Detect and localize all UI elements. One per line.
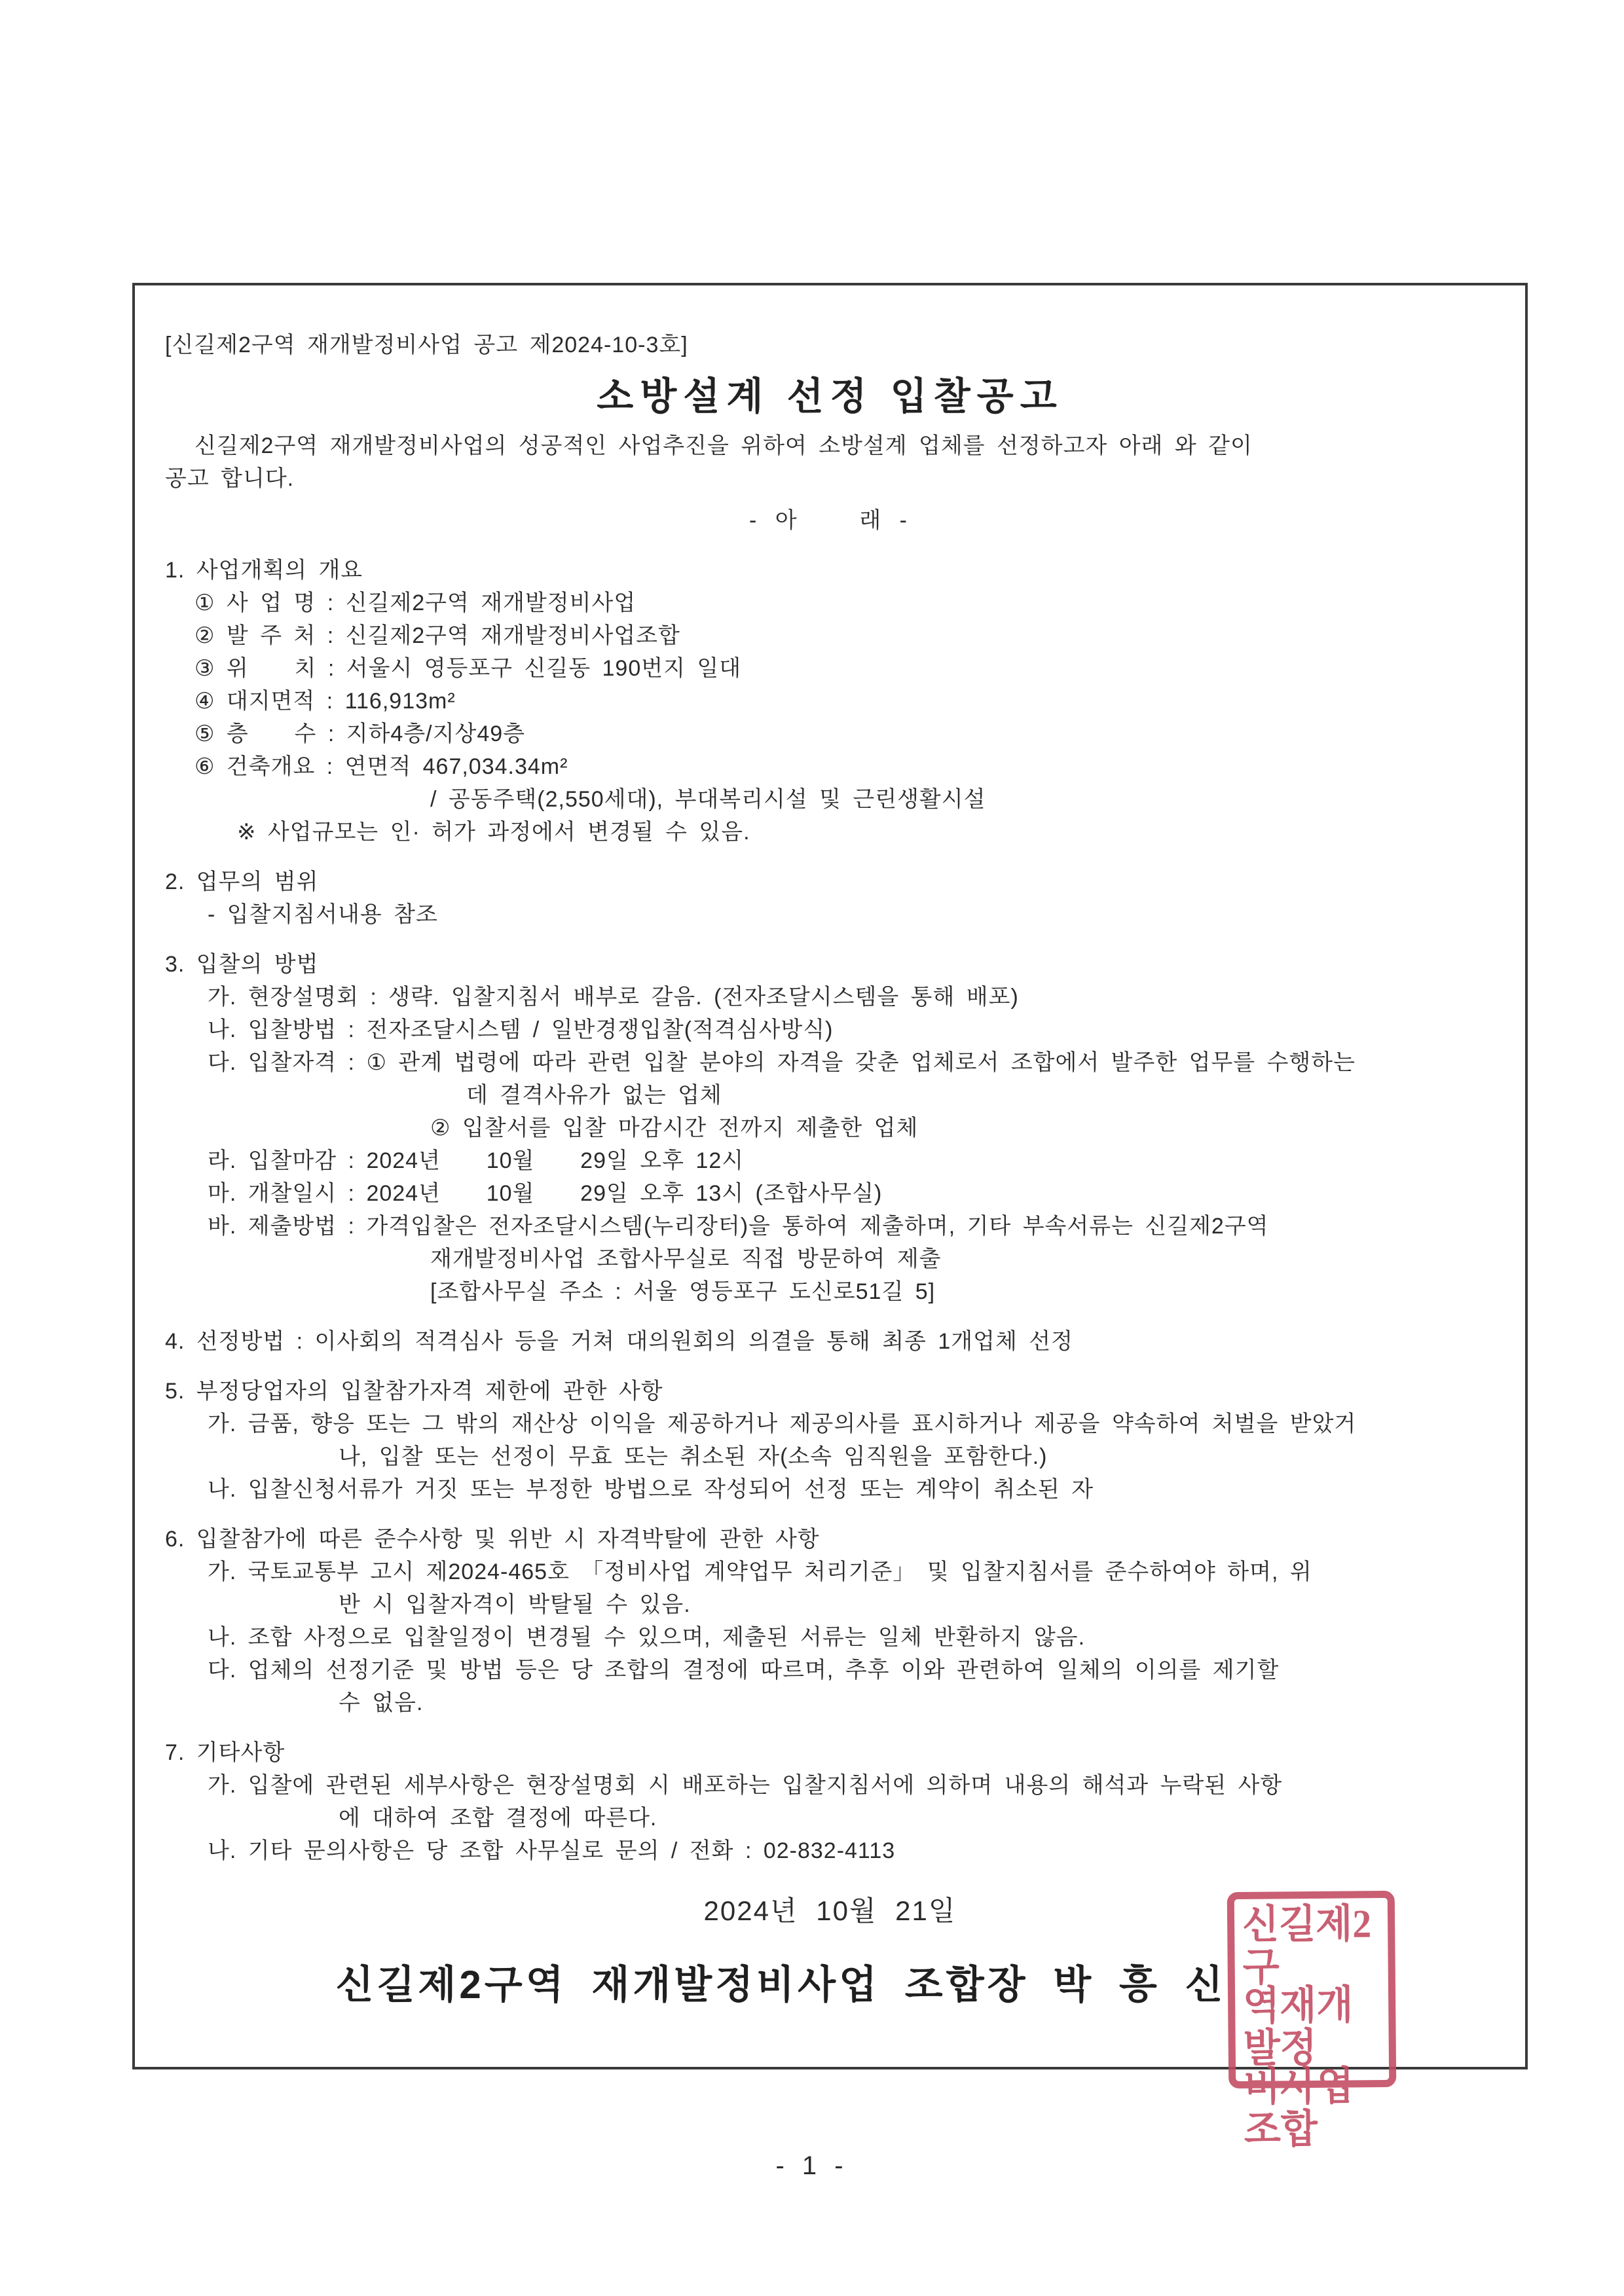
section-2-heading: 2. 업무의 범위 <box>165 866 1495 898</box>
disqualification-item-na: 나. 입찰신청서류가 거짓 또는 부정한 방법으로 작성되어 선정 또는 계약이… <box>165 1473 1495 1506</box>
bid-opening-line: 마. 개찰일시 : 2024년 10월 29일 오후 13시 (조합사무실) <box>165 1177 1495 1210</box>
site-briefing-line: 가. 현장설명회 : 생략. 입찰지침서 배부로 갈음. (전자조달시스템을 통… <box>165 981 1495 1013</box>
section-1-project-overview: 1. 사업개획의 개요 ① 사 업 명 : 신길제2구역 재개발정비사업 ② 발… <box>165 554 1495 848</box>
bid-method-line: 나. 입찰방법 : 전자조달시스템 / 일반경쟁입찰(적격심사방식) <box>165 1013 1495 1046</box>
bid-qualification-continuation: 데 결격사유가 없는 업체 <box>165 1079 1495 1112</box>
office-address-line: [조합사무실 주소 : 서울 영등포구 도신로51길 5] <box>165 1275 1495 1308</box>
building-overview-continuation: / 공동주택(2,550세대), 부대복리시설 및 근린생활시설 <box>165 783 1495 816</box>
scope-reference-line: - 입찰지침서내용 참조 <box>165 898 1495 931</box>
misc-item-ga-continuation: 에 대하여 조합 결정에 따른다. <box>165 1802 1495 1834</box>
section-5-heading: 5. 부정당업자의 입찰참가자격 제한에 관한 사항 <box>165 1375 1495 1408</box>
section-2-scope-of-work: 2. 업무의 범위 - 입찰지침서내용 참조 <box>165 866 1495 931</box>
seal-text-row-3: 비사업조합 <box>1244 2065 1382 2151</box>
section-7-heading: 7. 기타사항 <box>165 1736 1495 1769</box>
building-overview-line: ⑥ 건축개요 : 연면적 467,034.34m² <box>165 750 1495 783</box>
misc-item-ga: 가. 입찰에 관련된 세부사항은 현장설명회 시 배포하는 입찰지침서에 의하며… <box>165 1769 1495 1802</box>
page-title: 소방설계 선정 입찰공고 <box>165 371 1495 423</box>
section-1-heading: 1. 사업개획의 개요 <box>165 554 1495 587</box>
scanned-bid-announcement-page: { "page": { "doc_no": "[신길제2구역 재개발정비사업 공… <box>0 0 1624 2296</box>
seal-text-row-1: 신길제2구 <box>1242 1903 1380 1989</box>
client-line: ② 발 주 처 : 신길제2구역 재개발정비사업조합 <box>165 619 1495 652</box>
project-name-line: ① 사 업 명 : 신길제2구역 재개발정비사업 <box>165 587 1495 619</box>
location-line: ③ 위 치 : 서울시 영등포구 신길동 190번지 일대 <box>165 652 1495 685</box>
below-divider-label: - 아 래 - <box>165 504 1495 537</box>
bid-qualification-item-2: ② 입찰서를 입찰 마감시간 전까지 제출한 업체 <box>165 1112 1495 1144</box>
misc-item-na: 나. 기타 문의사항은 당 조합 사무실로 문의 / 전화 : 02-832-4… <box>165 1834 1495 1867</box>
seal-text-row-2: 역재개발정 <box>1243 1984 1381 2070</box>
intro-line-1: 신길제2구역 재개발정비사업의 성공적인 사업추진을 위하여 소방설계 업체를 … <box>165 429 1495 462</box>
intro-line-2: 공고 합니다. <box>165 462 1495 495</box>
section-6-compliance: 6. 입찰참가에 따른 준수사항 및 위반 시 자격박탈에 관한 사항 가. 국… <box>165 1523 1495 1719</box>
bid-qualification-line: 다. 입찰자격 : ① 관계 법령에 따라 관련 입찰 분야의 자격을 갖춘 업… <box>165 1046 1495 1079</box>
scale-change-note: ※ 사업규모는 인· 허가 과정에서 변경될 수 있음. <box>165 816 1495 848</box>
official-seal-stamp: 신길제2구 역재개발정 비사업조합 <box>1227 1891 1397 2088</box>
submission-method-line: 바. 제출방법 : 가격입찰은 전자조달시스템(누리장터)을 통하여 제출하며,… <box>165 1210 1495 1243</box>
compliance-item-ga-continuation: 반 시 입찰자격이 박탈될 수 있음. <box>165 1588 1495 1621</box>
section-6-heading: 6. 입찰참가에 따른 준수사항 및 위반 시 자격박탈에 관한 사항 <box>165 1523 1495 1556</box>
section-3-heading: 3. 입찰의 방법 <box>165 948 1495 981</box>
compliance-item-da: 다. 업체의 선정기준 및 방법 등은 당 조합의 결정에 따르며, 추후 이와… <box>165 1654 1495 1686</box>
section-7-misc: 7. 기타사항 가. 입찰에 관련된 세부사항은 현장설명회 시 배포하는 입찰… <box>165 1736 1495 1867</box>
section-4-heading: 4. 선정방법 : 이사회의 적격심사 등을 거쳐 대의원회의 의결을 통해 최… <box>165 1325 1495 1358</box>
compliance-item-da-continuation: 수 없음. <box>165 1686 1495 1719</box>
doc-number: [신길제2구역 재개발정비사업 공고 제2024-10-3호] <box>165 329 1495 361</box>
section-4-selection-method: 4. 선정방법 : 이사회의 적격심사 등을 거쳐 대의원회의 의결을 통해 최… <box>165 1325 1495 1358</box>
disqualification-item-ga: 가. 금품, 향응 또는 그 밖의 재산상 이익을 제공하거나 제공의사를 표시… <box>165 1408 1495 1440</box>
section-5-disqualification: 5. 부정당업자의 입찰참가자격 제한에 관한 사항 가. 금품, 향응 또는 … <box>165 1375 1495 1506</box>
floors-line: ⑤ 층 수 : 지하4층/지상49층 <box>165 718 1495 750</box>
site-area-line: ④ 대지면적 : 116,913m² <box>165 685 1495 718</box>
compliance-item-ga: 가. 국토교통부 고시 제2024-465호 「정비사업 계약업무 처리기준」 … <box>165 1556 1495 1588</box>
document-border: [신길제2구역 재개발정비사업 공고 제2024-10-3호] 소방설계 선정 … <box>132 283 1528 2069</box>
intro-paragraph: 신길제2구역 재개발정비사업의 성공적인 사업추진을 위하여 소방설계 업체를 … <box>165 429 1495 495</box>
section-3-bid-method: 3. 입찰의 방법 가. 현장설명회 : 생략. 입찰지침서 배부로 갈음. (… <box>165 948 1495 1308</box>
disqualification-item-ga-continuation: 나, 입찰 또는 선정이 무효 또는 취소된 자(소속 임직원을 포함한다.) <box>165 1440 1495 1473</box>
compliance-item-na: 나. 조합 사정으로 입찰일정이 변경될 수 있으며, 제출된 서류는 일체 반… <box>165 1621 1495 1654</box>
bid-deadline-line: 라. 입찰마감 : 2024년 10월 29일 오후 12시 <box>165 1144 1495 1177</box>
page-number: - 1 - <box>0 2151 1624 2181</box>
submission-method-continuation: 재개발정비사업 조합사무실로 직접 방문하여 제출 <box>165 1243 1495 1275</box>
